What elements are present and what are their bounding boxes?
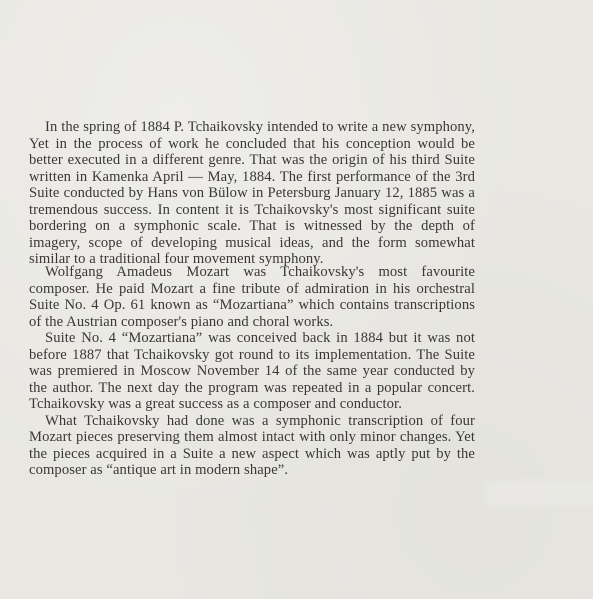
paragraph: In the spring of 1884 P. Tchaikovsky int… [29, 119, 475, 268]
section-third-suite: In the spring of 1884 P. Tchaikovsky int… [29, 119, 475, 268]
paragraph: What Tchaikovsky had done was a symphoni… [29, 413, 475, 479]
bleed-through-shadow [485, 480, 593, 506]
section-mozartiana: Wolfgang Amadeus Mozart was Tchaikovsky'… [29, 264, 475, 479]
paragraph: Wolfgang Amadeus Mozart was Tchaikovsky'… [29, 264, 475, 330]
liner-notes-page: In the spring of 1884 P. Tchaikovsky int… [0, 0, 593, 599]
paragraph: Suite No. 4 “Mozartiana” was conceived b… [29, 330, 475, 413]
